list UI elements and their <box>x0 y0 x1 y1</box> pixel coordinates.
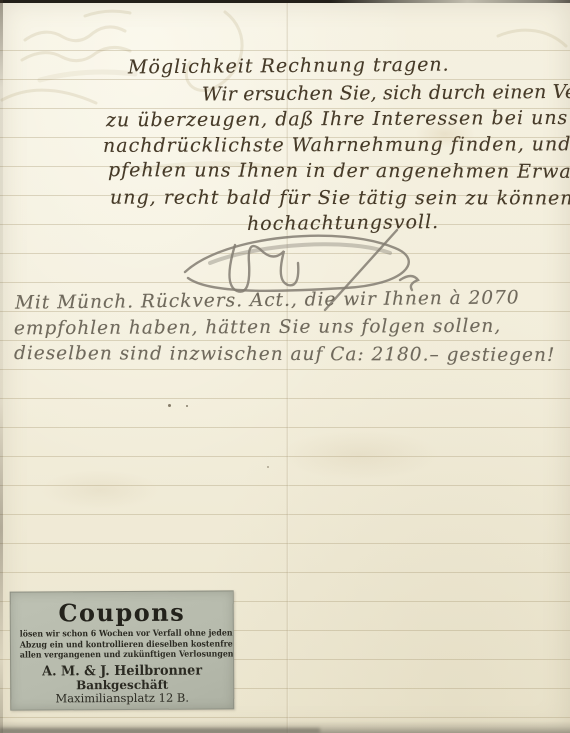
ink-speck <box>186 405 188 407</box>
scanned-letter-page: Möglichkeit Rechnung tragen. Wir ersuche… <box>0 0 570 733</box>
ink-speck <box>168 404 171 407</box>
pencil-note-line: empfohlen haben, hätten Sie uns folgen s… <box>14 316 501 340</box>
pencil-note-line: Mit Münch. Rückvers. Act., die wir Ihnen… <box>15 287 520 313</box>
stamp-address: Maximiliansplatz 12 B. <box>11 691 233 705</box>
paper-stain <box>280 430 440 480</box>
stamp-firm-name: A. M. & J. Heilbronner <box>17 663 228 679</box>
letter-line: Wir ersuchen Sie, sich durch einen Versu… <box>202 81 570 106</box>
closing-line: hochachtungsvoll. <box>247 211 439 235</box>
letter-line: pfehlen uns Ihnen in der angenehmen Erwa… <box>108 159 570 183</box>
scan-edge-left <box>0 0 3 733</box>
paper-stain <box>40 470 160 510</box>
coupon-stamp: Coupons lösen wir schon 6 Wochen vor Ver… <box>10 590 235 710</box>
ink-speck <box>267 466 269 468</box>
stamp-body-line: allen vergangenen und zukünftigen Verlos… <box>20 649 224 661</box>
scan-edge-bottom-left <box>0 728 320 733</box>
stamp-title: Coupons <box>11 599 233 626</box>
stamp-body: lösen wir schon 6 Wochen vor Verfall ohn… <box>11 628 233 661</box>
letter-line: ung, recht bald für Sie tätig sein zu kö… <box>110 187 570 210</box>
letter-line: Möglichkeit Rechnung tragen. <box>128 54 450 79</box>
letter-line: zu überzeugen, daß Ihre Interessen bei u… <box>106 107 570 132</box>
pencil-note-line: dieselben sind inzwischen auf Ca: 2180.–… <box>14 343 555 366</box>
scan-edge-top <box>0 0 570 3</box>
letter-line: nachdrücklichste Wahrnehmung finden, und… <box>103 133 570 157</box>
